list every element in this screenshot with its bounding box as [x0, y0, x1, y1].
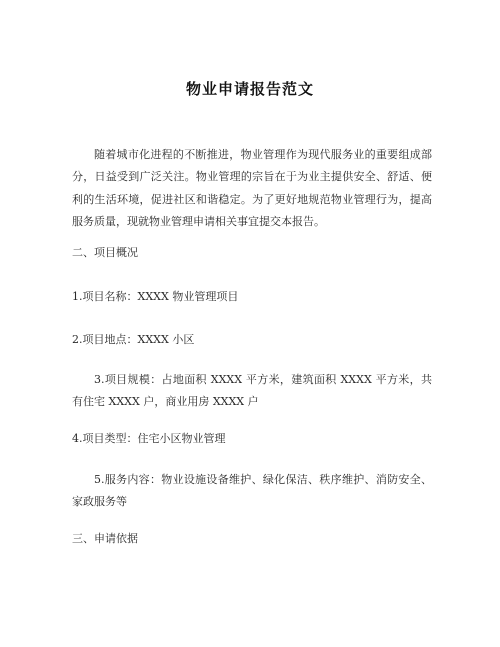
section-heading-basis: 三、申请依据	[72, 528, 432, 550]
intro-paragraph: 随着城市化进程的不断推进，物业管理作为现代服务业的重要组成部分，日益受到广泛关注…	[72, 144, 432, 234]
item-project-location: 2.项目地点：XXXX 小区	[72, 329, 432, 351]
item-project-name: 1.项目名称：XXXX 物业管理项目	[72, 286, 432, 308]
document-page: 物业申请报告范文 随着城市化进程的不断推进，物业管理作为现代服务业的重要组成部分…	[0, 0, 500, 647]
item-project-type: 4.项目类型：住宅小区物业管理	[72, 428, 432, 450]
item-service-content: 5.服务内容：物业设施设备维护、绿化保洁、秩序维护、消防安全、家政服务等	[72, 469, 432, 514]
document-title: 物业申请报告范文	[0, 78, 500, 99]
section-heading-overview: 二、项目概况	[72, 242, 432, 264]
item-project-scale: 3.项目规模：占地面积 XXXX 平方米，建筑面积 XXXX 平方米，共有住宅 …	[72, 369, 432, 414]
